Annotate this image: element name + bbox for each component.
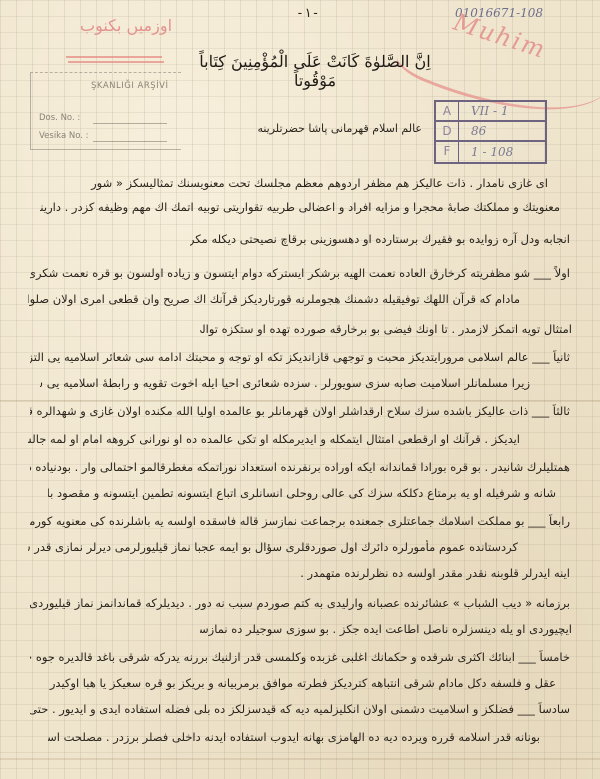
reference-value: 1 - 108 (459, 145, 545, 159)
reference-key: A (436, 102, 459, 120)
body-line: سادساً ___ فضلکز و اسلامیت دشمنی اولان ا… (30, 702, 570, 716)
reference-value: VII - 1 (459, 104, 545, 118)
reference-row: A VII - 1 (436, 102, 545, 122)
body-line: انجابه ودل آره زوایده بو فقیرك برستارده … (190, 232, 570, 246)
archive-stamp: ŞKANLIĞI ARŞİVİ Dos. No. : Vesika No. : (30, 72, 181, 150)
stamp-title: ŞKANLIĞI ARŞİVİ (91, 81, 168, 91)
reference-key: D (436, 122, 459, 140)
reference-key: F (436, 142, 459, 162)
reference-row: F 1 - 108 (436, 142, 545, 162)
stamp-field-line (93, 141, 167, 142)
body-line: ایدیکز . قرآنك او ارقطعی امتثال ایتمکله … (28, 432, 520, 446)
body-line: بونانه قدر اسلامه قرره ویرده دیه ده الها… (48, 730, 540, 744)
body-line: همتلیلرك شانیدر . بو قره بورادا قماندانه… (30, 460, 570, 474)
body-line: ای غازی نامدار . ذات عالیکز هم مظفر اردو… (90, 176, 548, 190)
reference-row: D 86 (436, 122, 545, 142)
body-line: عقل و فلسفه دکل مادام شرقی انتباهه کتردی… (48, 676, 556, 690)
document-page: اوزمیں بکنوب -١- 01016671-108 Muhim اِنَ… (0, 0, 600, 779)
reference-box: A VII - 1 D 86 F 1 - 108 (434, 100, 547, 164)
addressee-line: عالم اسلام قهرمانی پاشا حضرتلرینه (250, 122, 422, 135)
body-line: زیرا مسلمانلر اسلامیت صابه سزی سویورلر .… (40, 376, 530, 390)
stamp-field-line (93, 123, 167, 124)
body-line: خامساً ___ ابنائك اکثری شرقده و حکمانك ا… (30, 650, 570, 664)
body-line: امتثال تویه اتمکز لازمدر . تا اونك فیضی … (200, 322, 572, 336)
reference-value: 86 (459, 124, 545, 138)
body-line: رابعاً ___ بو مملکت اسلامك جماعتلری جمعن… (30, 514, 570, 528)
red-underline (68, 61, 164, 63)
body-line: معنویتك و مملکتك صابهٔ محجرا و مزایه افر… (40, 200, 560, 214)
body-line: مادام که قرآن اللهك توفیقیله دشمنك هجومل… (28, 292, 520, 306)
body-line: کردستانده عموم مأمورلره دائرك اول صوردقل… (28, 540, 518, 554)
red-underline (66, 56, 162, 58)
page-fold (0, 758, 600, 760)
body-line: ثالثاً ___ ذات عالیکز باشده سزك سلاح ارق… (30, 404, 570, 418)
stamp-field-label: Vesika No. : (39, 131, 89, 141)
red-pencil-note: اوزمیں بکنوب (80, 16, 172, 35)
heading-verse: اِنَّ الصَّلوٰةَ كَانَتْ عَلَى الْمُؤْمِ… (180, 52, 450, 90)
page-fold (0, 400, 600, 402)
body-line: اینه ایدرلر قلوبنه نقدر مقدر اولسه ده نظ… (300, 566, 570, 580)
page-number: -١- (296, 6, 319, 21)
body-line: ثانیاً ___ عالم اسلامی مرورایتدیکز محبت … (30, 350, 570, 364)
stamp-field-label: Dos. No. : (39, 113, 80, 123)
body-line: شانه و شرفیله او یه برمتاع دکلکه سزك کی … (48, 486, 556, 500)
body-line: اولاً ___ شو مظفریته کرخارق العاده نعمت … (30, 266, 570, 280)
body-line: برزمانه « دیب الشباب » عشائرنده عصبانه و… (30, 596, 570, 610)
body-line: ایچیوردی او یله دینسزلره ناصل اطاعت ایده… (200, 622, 572, 636)
